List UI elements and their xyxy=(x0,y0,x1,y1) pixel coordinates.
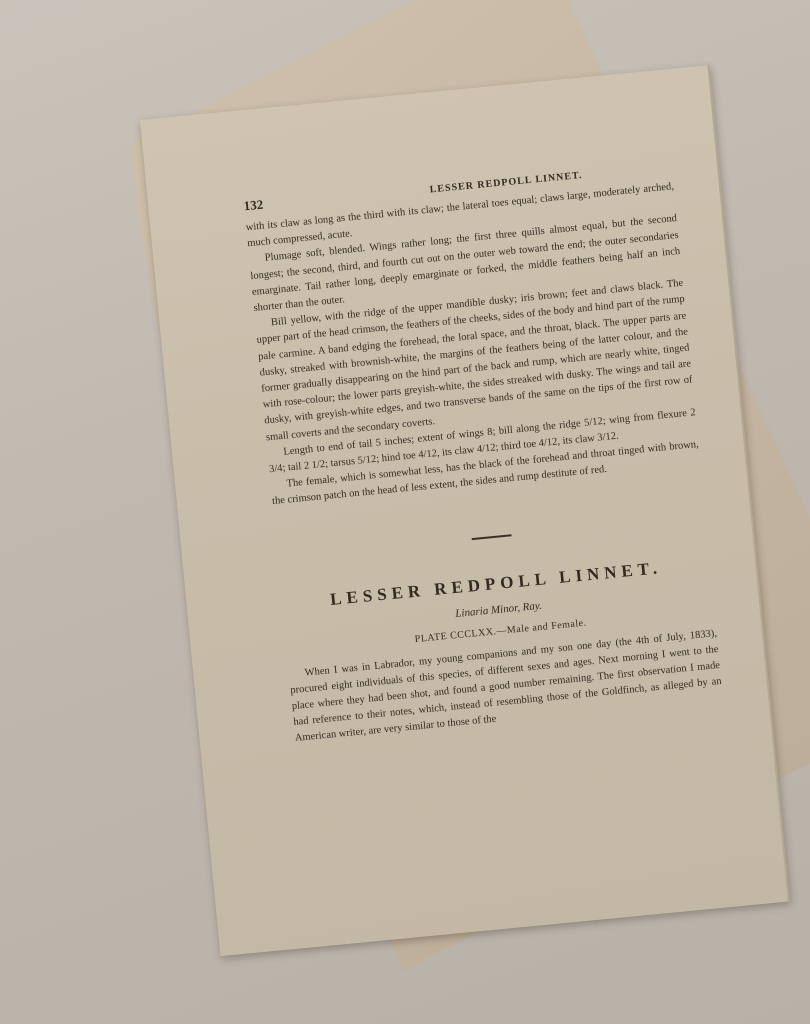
section-divider xyxy=(472,534,512,540)
front-page-content: 132 LESSER REDPOLL LINNET. with its claw… xyxy=(243,157,724,747)
page-number: 132 xyxy=(243,197,264,215)
front-book-page: 132 LESSER REDPOLL LINNET. with its claw… xyxy=(140,65,790,956)
photo-scene: Redpo... and In ... as more ... Ebenezer… xyxy=(0,0,810,1024)
